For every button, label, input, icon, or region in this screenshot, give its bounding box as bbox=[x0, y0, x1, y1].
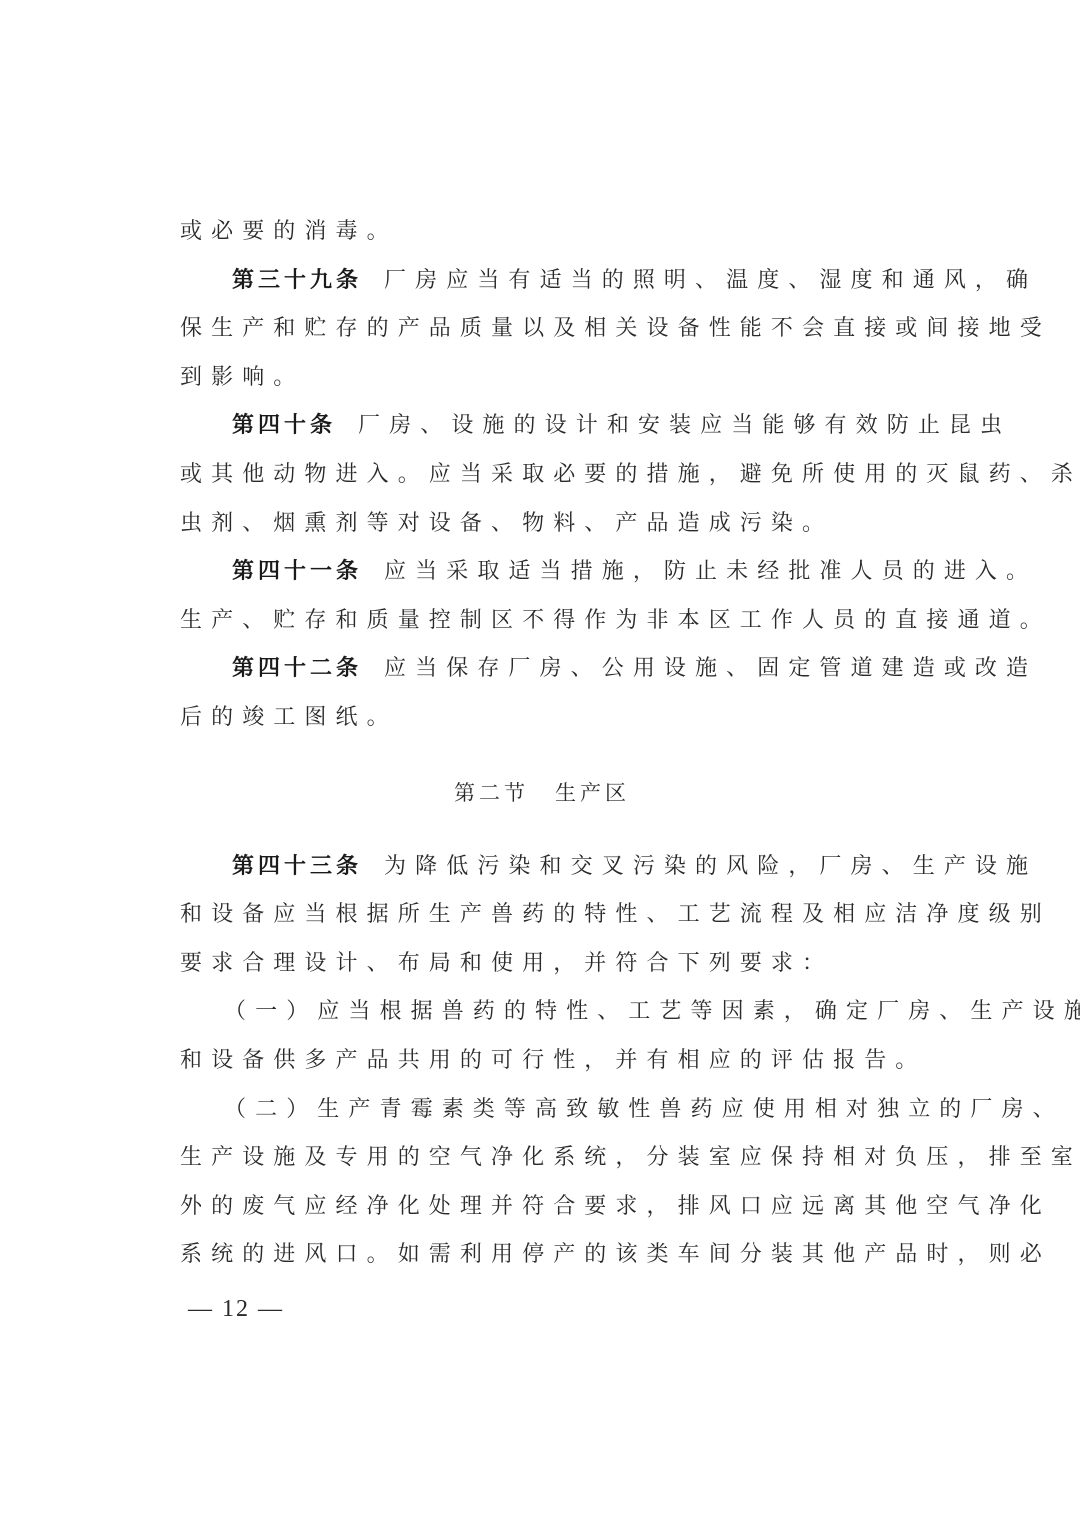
text-line: 生产、贮存和质量控制区不得作为非本区工作人员的直接通道。 bbox=[180, 597, 904, 646]
article-40-line-1: 第四十条厂房、设施的设计和安装应当能够有效防止昆虫 bbox=[180, 402, 904, 451]
section-title: 生产区 bbox=[555, 781, 630, 805]
text-line: 和设备供多产品共用的可行性，并有相应的评估报告。 bbox=[180, 1037, 904, 1086]
article-39-line-1: 第三十九条厂房应当有适当的照明、温度、湿度和通风，确 bbox=[180, 257, 904, 306]
text-line: 后的竣工图纸。 bbox=[180, 694, 904, 743]
text-line: 要求合理设计、布局和使用，并符合下列要求： bbox=[180, 940, 904, 989]
text-line: 到影响。 bbox=[180, 354, 904, 403]
text-line: 生产设施及专用的空气净化系统，分装室应保持相对负压，排至室 bbox=[180, 1134, 904, 1183]
text-line: 和设备应当根据所生产兽药的特性、工艺流程及相应洁净度级别 bbox=[180, 891, 904, 940]
article-42-line-1: 第四十二条应当保存厂房、公用设施、固定管道建造或改造 bbox=[180, 645, 904, 694]
page-number: — 12 — bbox=[188, 1296, 284, 1323]
article-number: 第三十九条 bbox=[232, 268, 362, 293]
text-line: 或必要的消毒。 bbox=[180, 208, 904, 257]
article-number: 第四十二条 bbox=[232, 656, 362, 681]
text-line: 外的废气应经净化处理并符合要求，排风口应远离其他空气净化 bbox=[180, 1183, 904, 1232]
text-line: 系统的进风口。如需利用停产的该类车间分装其他产品时，则必 bbox=[180, 1231, 904, 1280]
article-number: 第四十三条 bbox=[232, 854, 362, 879]
article-43-line-1: 第四十三条为降低污染和交叉污染的风险，厂房、生产设施 bbox=[180, 843, 904, 892]
text-line: 或其他动物进入。应当采取必要的措施，避免所使用的灭鼠药、杀 bbox=[180, 451, 904, 500]
section-heading: 第二节生产区 bbox=[180, 743, 904, 829]
list-item-2-line-1: （二）生产青霉素类等高致敏性兽药应使用相对独立的厂房、 bbox=[180, 1086, 904, 1135]
section-label: 第二节 bbox=[454, 781, 529, 805]
text-line: 虫剂、烟熏剂等对设备、物料、产品造成污染。 bbox=[180, 500, 904, 549]
text-line: 保生产和贮存的产品质量以及相关设备性能不会直接或间接地受 bbox=[180, 305, 904, 354]
document-page: 或必要的消毒。 第三十九条厂房应当有适当的照明、温度、湿度和通风，确 保生产和贮… bbox=[180, 208, 904, 1280]
article-number: 第四十条 bbox=[232, 413, 336, 438]
article-number: 第四十一条 bbox=[232, 559, 362, 584]
list-item-1-line-1: （一）应当根据兽药的特性、工艺等因素，确定厂房、生产设施 bbox=[180, 988, 904, 1037]
article-41-line-1: 第四十一条应当采取适当措施，防止未经批准人员的进入。 bbox=[180, 548, 904, 597]
